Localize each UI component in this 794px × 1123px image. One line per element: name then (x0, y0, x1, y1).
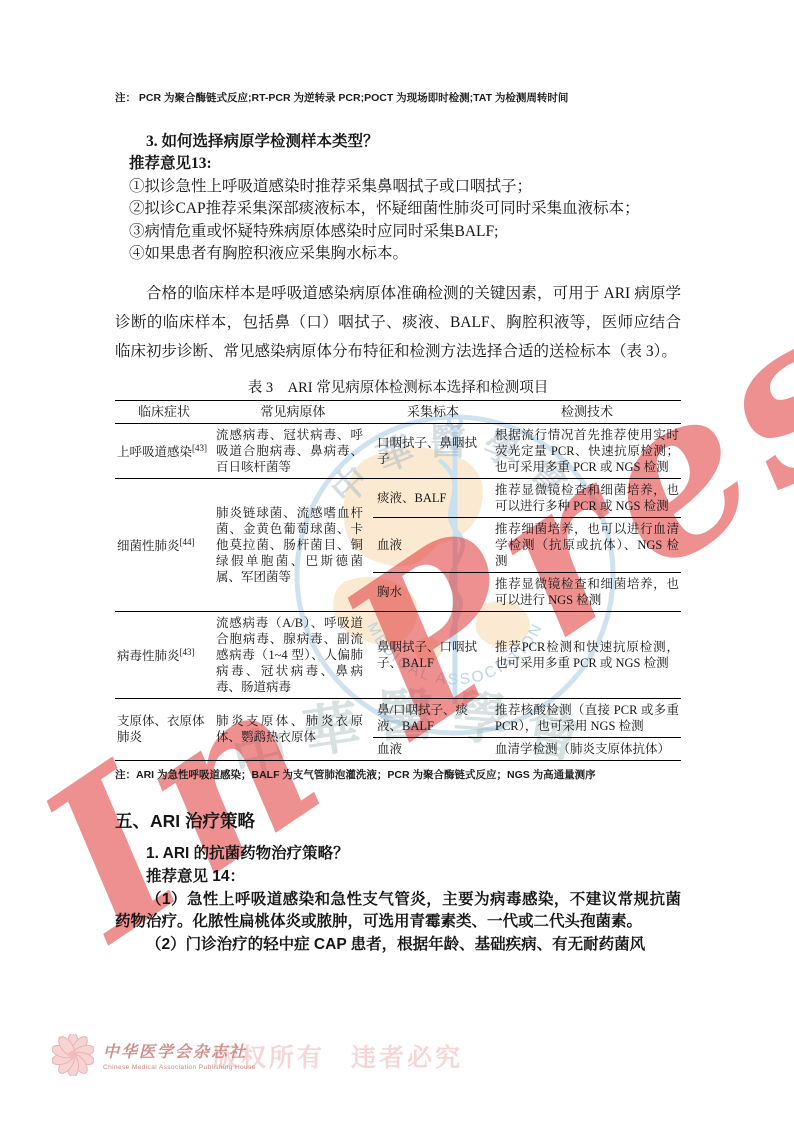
recommendation14-label: 推荐意见 14： (115, 866, 681, 888)
specimen-subrow: 血液 血清学检测（肺炎支原体抗体） (373, 737, 681, 760)
specimen-groups: 口咽拭子、鼻咽拭子 根据流行情况首先推荐使用实时荧光定量 PCR、快速抗原检测；… (373, 424, 681, 478)
specimen-groups: 痰液、BALF 推荐显微镜检查和细菌培养，也可以进行多种 PCR 或 NGS 检… (373, 479, 681, 611)
specimen-groups: 鼻咽拭子、口咽拭子、BALF 推荐PCR检测和快速抗原检测，也可采用多重 PCR… (373, 612, 681, 698)
clinical-sample-paragraph: 合格的临床样本是呼吸道感染病原体准确检测的关键因素，可用于 ARI 病原学诊断的… (115, 279, 681, 366)
section5-question1: 1. ARI 的抗菌药物治疗策略？ (115, 843, 681, 865)
specimen-subrow: 鼻/口咽拭子、痰液、BALF 推荐核酸检测（直接 PCR 或多重 PCR），也可… (373, 699, 681, 737)
recommendation13-item: ②拟诊CAP推荐采集深部痰液标本，怀疑细菌性肺炎可同时采集血液标本； (129, 198, 681, 221)
specimen-subrow: 口咽拭子、鼻咽拭子 根据流行情况首先推荐使用实时荧光定量 PCR、快速抗原检测；… (373, 424, 681, 478)
specimen-text: 鼻/口咽拭子、痰液、BALF (377, 702, 487, 734)
table3-header-row: 临床症状 常见病原体 采集标本 检测技术 (115, 401, 681, 424)
publisher-names: 中华医学会杂志社 Chinese Medical Association Pub… (103, 1039, 256, 1071)
recommendation13-item: ①拟诊急性上呼吸道感染时推荐采集鼻咽拭子或口咽拭子； (129, 176, 681, 199)
symptom-label: 支原体、衣原体肺炎 (117, 714, 205, 744)
specimen-subrow: 鼻咽拭子、口咽拭子、BALF 推荐PCR检测和快速抗原检测，也可采用多重 PCR… (373, 612, 681, 698)
specimen-subrow: 血液 推荐细菌培养，也可以进行血清学检测（抗原或抗体）、NGS 检测 (373, 517, 681, 572)
symptom-reference: [43] (180, 647, 195, 657)
recommendation13-block: 推荐意见13: ①拟诊急性上呼吸道感染时推荐采集鼻咽拭子或口咽拭子；②拟诊CAP… (129, 153, 681, 266)
pathogens-text: 肺炎链球菌、流感嗜血杆菌、金黄色葡萄球菌、卡他莫拉菌、肠杆菌目、铜绿假单胞菌、巴… (216, 505, 363, 585)
publisher-flower-icon (52, 1034, 94, 1076)
table-row: 上呼吸道感染[43] 流感病毒、冠状病毒、呼吸道合胞病毒、鼻病毒、百日咳杆菌等 … (115, 424, 681, 478)
table3-title: 表 3 ARI 常见病原体检测标本选择和检测项目 (115, 376, 681, 397)
pathogens-text: 流感病毒、冠状病毒、呼吸道合胞病毒、鼻病毒、百日咳杆菌等 (216, 427, 363, 475)
abbreviation-note: 注： PCR 为聚合酶链式反应;RT-PCR 为逆转录 PCR;POCT 为现场… (115, 90, 681, 105)
recommendation13-label: 推荐意见13: (129, 153, 681, 176)
technique-text: 血清学检测（肺炎支原体抗体） (495, 741, 670, 757)
symptom-label: 病毒性肺炎 (117, 650, 180, 664)
specimen-text: 血液 (377, 741, 402, 757)
recommendation13-item: ④如果患者有胸腔积液应采集胸水标本。 (129, 243, 681, 266)
table3-body: 上呼吸道感染[43] 流感病毒、冠状病毒、呼吸道合胞病毒、鼻病毒、百日咳杆菌等 … (115, 424, 681, 760)
table3-note: 注：ARI 为急性呼吸道感染；BALF 为支气管肺泡灌洗液；PCR 为聚合酶链式… (115, 767, 681, 782)
header-common-pathogens: 常见病原体 (213, 404, 373, 420)
specimen-text: 胸水 (377, 584, 402, 600)
table3-block: 表 3 ARI 常见病原体检测标本选择和检测项目 临床症状 常见病原体 采集标本… (115, 376, 681, 782)
publisher-name-en: Chinese Medical Association Publishing H… (103, 1064, 256, 1071)
specimen-subrow: 胸水 推荐显微镜检查和细菌培养，也可以进行 NGS 检测 (373, 572, 681, 611)
table-row: 细菌性肺炎[44] 肺炎链球菌、流感嗜血杆菌、金黄色葡萄球菌、卡他莫拉菌、肠杆菌… (115, 478, 681, 611)
specimen-subrow: 痰液、BALF 推荐显微镜检查和细菌培养，也可以进行多种 PCR 或 NGS 检… (373, 479, 681, 517)
specimen-text: 血液 (377, 537, 402, 553)
table3: 临床症状 常见病原体 采集标本 检测技术 上呼吸道感染[43] 流感病毒、冠状病… (115, 400, 681, 761)
technique-text: 推荐显微镜检查和细菌培养，也可以进行 NGS 检测 (495, 576, 679, 608)
technique-text: 推荐核酸检测（直接 PCR 或多重 PCR），也可采用 NGS 检测 (495, 702, 679, 734)
symptom-reference: [44] (180, 537, 195, 547)
pathogens-text: 流感病毒（A/B）、呼吸道合胞病毒、腺病毒、副流感病毒（1~4 型）、人偏肺病毒… (216, 615, 363, 695)
header-detection-technique: 检测技术 (493, 404, 681, 420)
page-content: 注： PCR 为聚合酶链式反应;RT-PCR 为逆转录 PCR;POCT 为现场… (115, 90, 681, 956)
technique-text: 根据流行情况首先推荐使用实时荧光定量 PCR、快速抗原检测；也可采用多重 PCR… (495, 427, 679, 475)
specimen-groups: 鼻/口咽拭子、痰液、BALF 推荐核酸检测（直接 PCR 或多重 PCR），也可… (373, 699, 681, 760)
technique-text: 推荐PCR检测和快速抗原检测，也可采用多重 PCR 或 NGS 检测 (495, 639, 679, 671)
header-specimen: 采集标本 (373, 404, 493, 420)
recommendation14-item2: （2）门诊治疗的轻中症 CAP 患者，根据年龄、基础疾病、有无耐药菌风 (115, 934, 681, 956)
recommendation14-item1: （1）急性上呼吸道感染和急性支气管炎，主要为病毒感染，不建议常规抗菌药物治疗。化… (115, 889, 681, 933)
specimen-text: 痰液、BALF (377, 490, 446, 506)
symptom-label: 细菌性肺炎 (117, 540, 180, 554)
symptom-label: 上呼吸道感染 (117, 446, 192, 460)
header-clinical-symptom: 临床症状 (115, 404, 213, 420)
symptom-reference: [43] (192, 443, 207, 453)
section5-heading: 五、ARI 治疗策略 (115, 808, 681, 833)
specimen-text: 口咽拭子、鼻咽拭子 (377, 435, 487, 467)
table-row: 支原体、衣原体肺炎 肺炎支原体、肺炎衣原体、鹦鹉热衣原体 鼻/口咽拭子、痰液、B… (115, 698, 681, 760)
section3-heading: 3. 如何选择病原学检测样本类型？ (115, 129, 681, 151)
publisher-name-cn: 中华医学会杂志社 (103, 1039, 256, 1062)
section5-block: 五、ARI 治疗策略 1. ARI 的抗菌药物治疗策略？ 推荐意见 14： （1… (115, 808, 681, 956)
publisher-footer: 中华医学会杂志社 Chinese Medical Association Pub… (52, 1034, 256, 1076)
document-page: 中華醫學會 MEDICAL ASSOCIATION 中華醫學會 In Press… (0, 0, 794, 1123)
recommendation13-items: ①拟诊急性上呼吸道感染时推荐采集鼻咽拭子或口咽拭子；②拟诊CAP推荐采集深部痰液… (129, 176, 681, 266)
pathogens-text: 肺炎支原体、肺炎衣原体、鹦鹉热衣原体 (216, 713, 363, 745)
technique-text: 推荐显微镜检查和细菌培养，也可以进行多种 PCR 或 NGS 检测 (495, 482, 679, 514)
specimen-text: 鼻咽拭子、口咽拭子、BALF (377, 639, 487, 671)
table-row: 病毒性肺炎[43] 流感病毒（A/B）、呼吸道合胞病毒、腺病毒、副流感病毒（1~… (115, 611, 681, 698)
technique-text: 推荐细菌培养，也可以进行血清学检测（抗原或抗体）、NGS 检测 (495, 521, 679, 569)
recommendation13-item: ③病情危重或怀疑特殊病原体感染时应同时采集BALF; (129, 221, 681, 244)
